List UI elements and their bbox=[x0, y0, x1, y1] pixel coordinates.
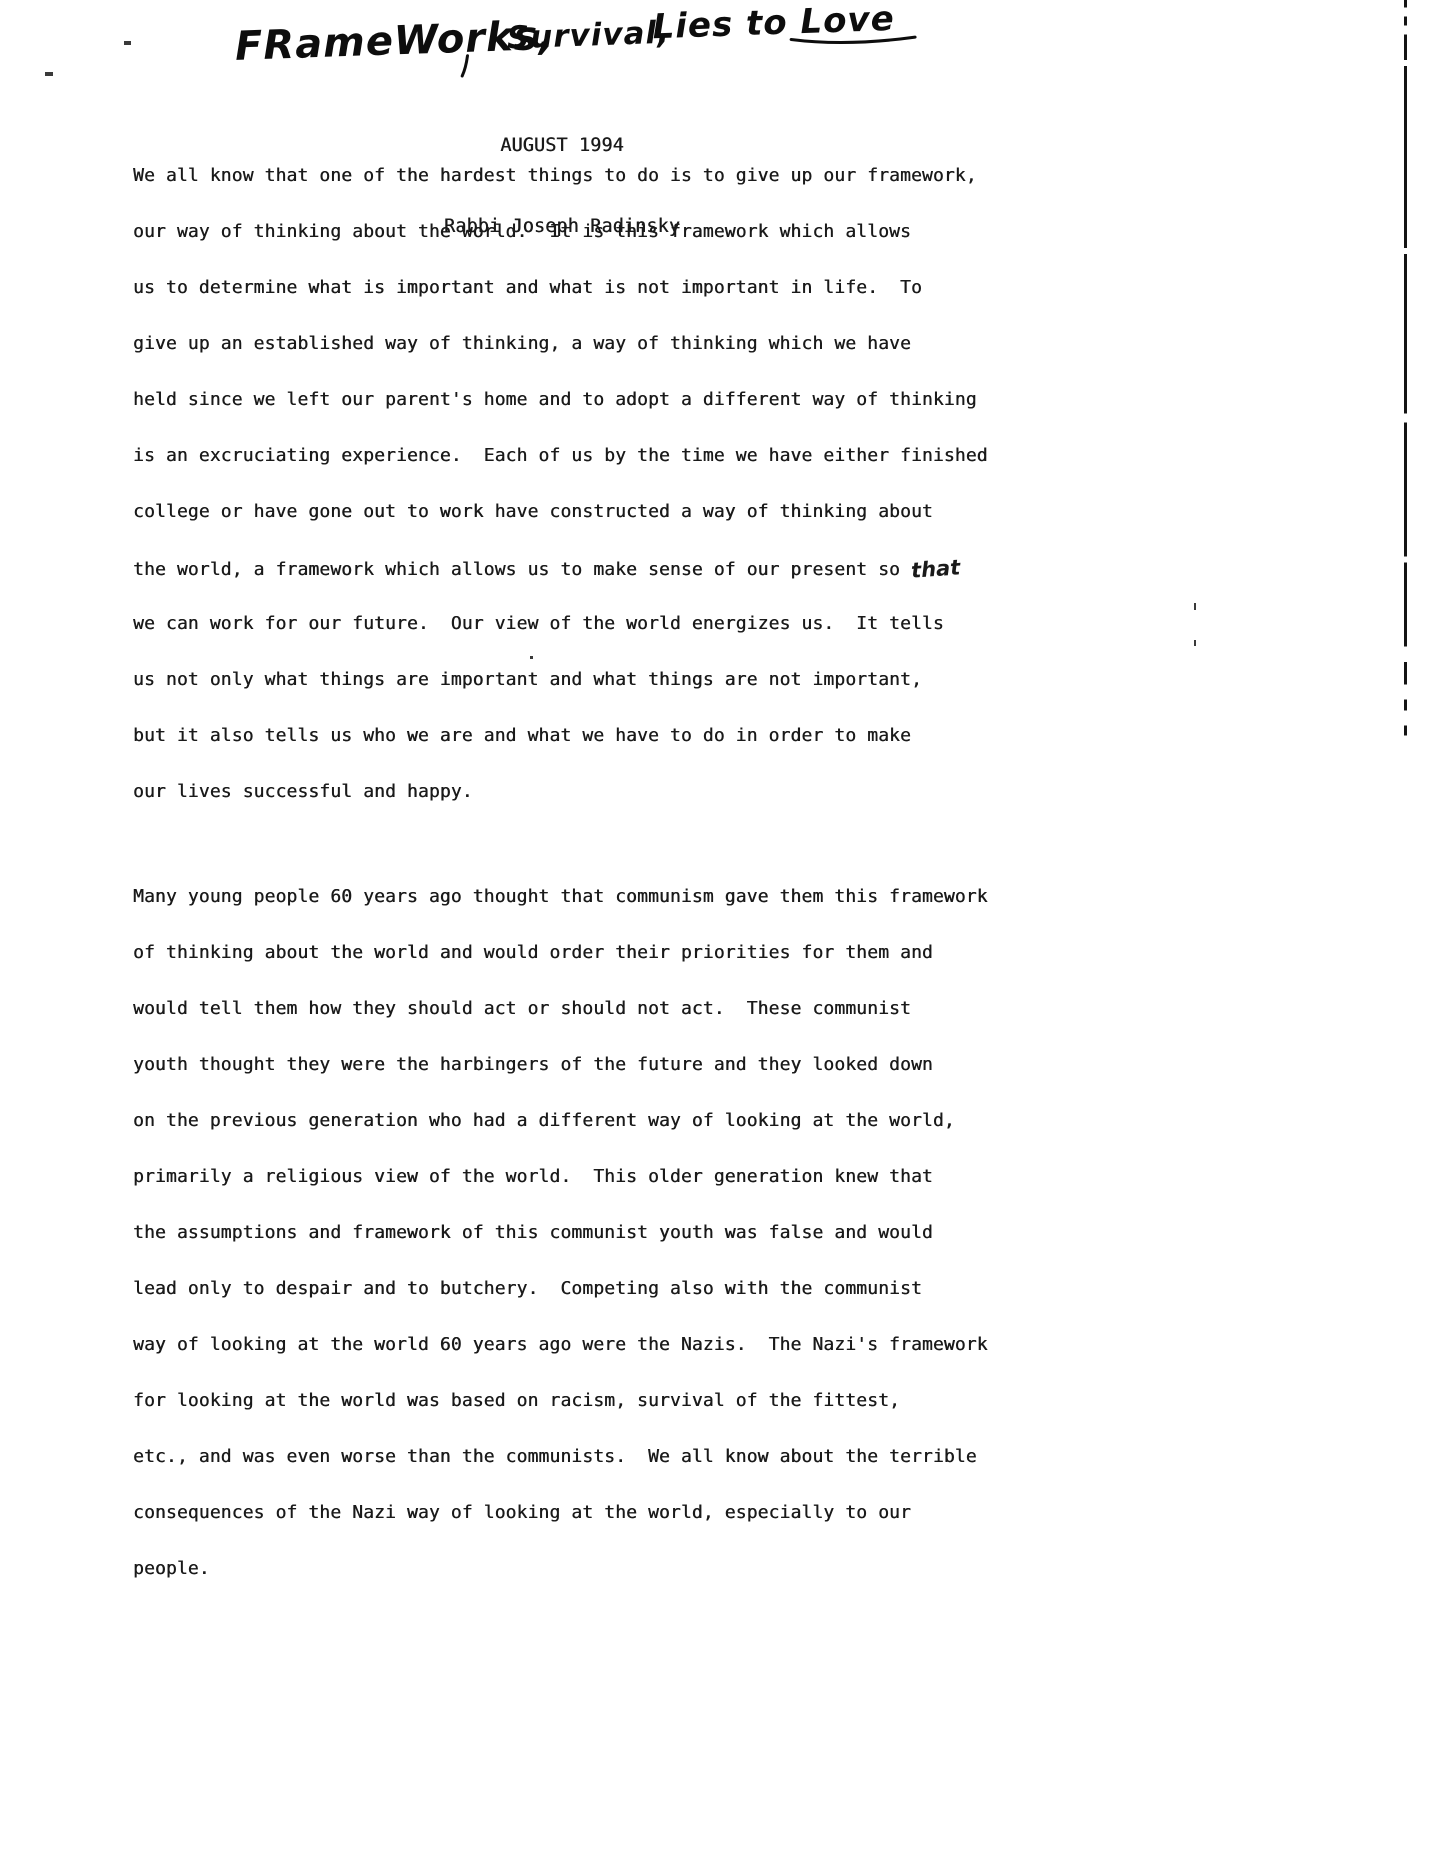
text-line: primarily a religious view of the world.… bbox=[133, 1149, 988, 1205]
scan-artifact-line bbox=[1404, 0, 1407, 752]
handwritten-title: FRameWorks, Survival, Lies to Love bbox=[225, 0, 930, 80]
scan-speck bbox=[124, 41, 131, 45]
handwritten-word: that bbox=[909, 539, 962, 598]
text-line: our way of thinking about the world. It … bbox=[133, 204, 988, 260]
text-line: would tell them how they should act or s… bbox=[133, 981, 988, 1037]
text-line: We all know that one of the hardest thin… bbox=[133, 148, 988, 204]
text-line: for looking at the world was based on ra… bbox=[133, 1373, 988, 1429]
text-line: the assumptions and framework of this co… bbox=[133, 1205, 988, 1261]
text-line: us to determine what is important and wh… bbox=[133, 260, 988, 316]
text-line: way of looking at the world 60 years ago… bbox=[133, 1317, 988, 1373]
scan-speck bbox=[530, 656, 533, 659]
text-line: etc., and was even worse than the commun… bbox=[133, 1429, 988, 1485]
text-line: lead only to despair and to butchery. Co… bbox=[133, 1261, 988, 1317]
text-line: Many young people 60 years ago thought t… bbox=[133, 869, 988, 925]
handwritten-title-part3: Lies to Love bbox=[652, 0, 895, 47]
paragraph-2: Many young people 60 years ago thought t… bbox=[133, 869, 988, 1597]
scan-speck bbox=[1194, 640, 1196, 646]
handwritten-title-part2: Survival, bbox=[506, 15, 670, 57]
scan-speck bbox=[45, 72, 53, 76]
text-line: us not only what things are important an… bbox=[133, 652, 988, 708]
text-line: the world, a framework which allows us t… bbox=[133, 540, 988, 596]
text-line: give up an established way of thinking, … bbox=[133, 316, 988, 372]
text-line: on the previous generation who had a dif… bbox=[133, 1093, 988, 1149]
text-line: of thinking about the world and would or… bbox=[133, 925, 988, 981]
text-line: our lives successful and happy. bbox=[133, 764, 988, 820]
text-line: youth thought they were the harbingers o… bbox=[133, 1037, 988, 1093]
text-line: we can work for our future. Our view of … bbox=[133, 596, 988, 652]
text-line: is an excruciating experience. Each of u… bbox=[133, 428, 988, 484]
text-line: but it also tells us who we are and what… bbox=[133, 708, 988, 764]
text-line: held since we left our parent's home and… bbox=[133, 372, 988, 428]
text-line: consequences of the Nazi way of looking … bbox=[133, 1485, 988, 1541]
text-line: college or have gone out to work have co… bbox=[133, 484, 988, 540]
paragraph-1: We all know that one of the hardest thin… bbox=[133, 148, 988, 820]
text-line: people. bbox=[133, 1541, 988, 1597]
scan-speck bbox=[1194, 603, 1196, 610]
document-page: FRameWorks, Survival, Lies to Love AUGUS… bbox=[0, 0, 1430, 1851]
